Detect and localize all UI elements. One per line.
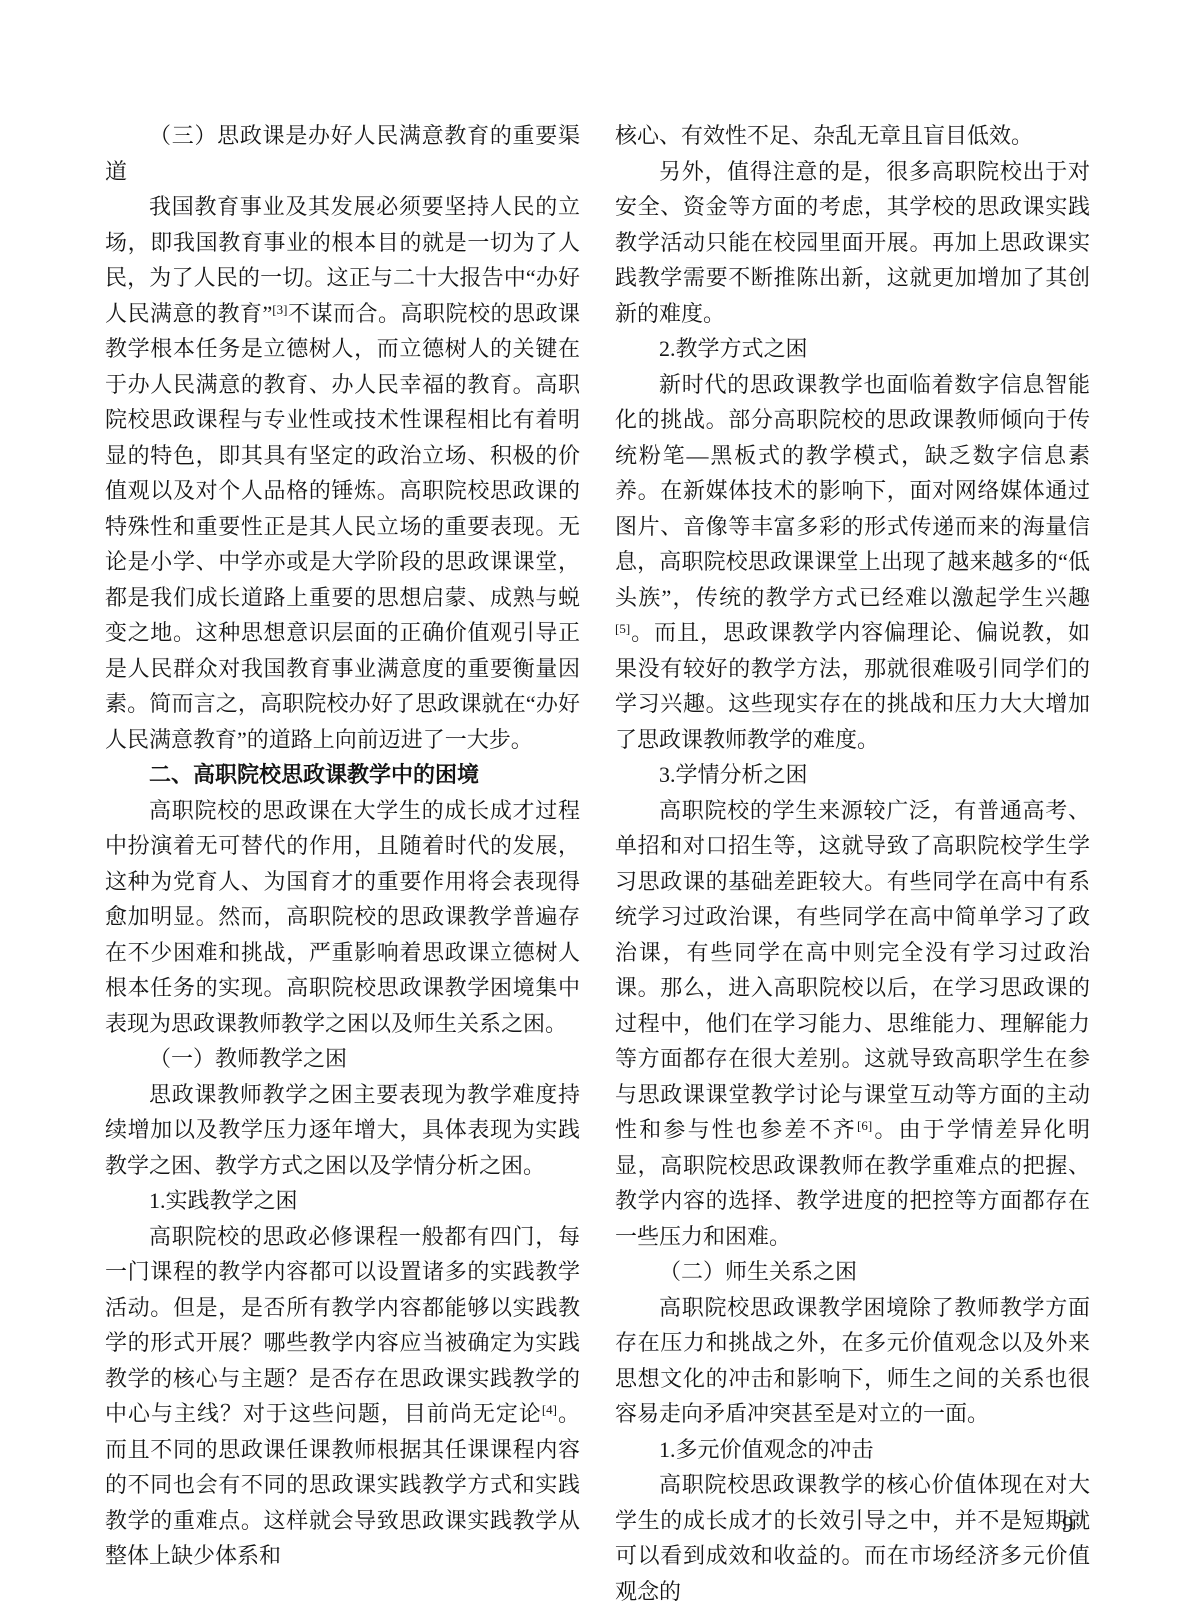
citation-ref: [6] [857,1118,872,1133]
paragraph: 高职院校的学生来源较广泛，有普通高考、单招和对口招生等，这就导致了高职院校学生学… [615,793,1090,1255]
text-run: 高职院校思政课教学的核心价值体现在对大学生的成长成才的长效引导之中，并不是短期就… [615,1472,1090,1604]
page-number: 9 [1062,1510,1074,1540]
paragraph: 高职院校思政课教学的核心价值体现在对大学生的成长成才的长效引导之中，并不是短期就… [615,1467,1090,1609]
text-run: 。而且，思政课教学内容偏理论、偏说教，如果没有较好的教学方法，那就很难吸引同学们… [615,620,1090,752]
citation-ref: [3] [272,302,287,317]
paper-page: （三）思政课是办好人民满意教育的重要渠道我国教育事业及其发展必须要坚持人民的立场… [0,0,1191,1616]
text-run: 核心、有效性不足、杂乱无章且盲目低效。 [615,123,1033,148]
text-run: 3.学情分析之困 [659,762,808,787]
paragraph: 另外，值得注意的是，很多高职院校出于对安全、资金等方面的考虑，其学校的思政课实践… [615,154,1090,332]
text-run: 思政课教师教学之困主要表现为教学难度持续增加以及教学压力逐年增大，具体表现为实践… [105,1082,580,1178]
heading-sub: （二）师生关系之困 [615,1254,1090,1290]
text-run: 。而且不同的思政课任课教师根据其任课课程内容的不同也会有不同的思政课实践教学方式… [105,1401,580,1568]
two-column-text: （三）思政课是办好人民满意教育的重要渠道我国教育事业及其发展必须要坚持人民的立场… [105,118,1090,1609]
text-run: 新时代的思政课教学也面临着数字信息智能化的挑战。部分高职院校的思政课教师倾向于传… [615,372,1090,610]
paragraph: 高职院校的思政必修课程一般都有四门，每一门课程的教学内容都可以设置诸多的实践教学… [105,1219,580,1574]
text-run: （二）师生关系之困 [659,1259,857,1284]
text-run: 1.实践教学之困 [149,1188,298,1213]
citation-ref: [5] [615,621,630,636]
heading-section: 二、高职院校思政课教学中的困境 [105,757,580,793]
text-run: 不谋而合。高职院校的思政课教学根本任务是立德树人，而立德树人的关键在于办人民满意… [105,301,580,752]
heading-sub: 1.实践教学之困 [105,1183,580,1219]
text-run: （一）教师教学之困 [149,1046,347,1071]
text-run: 高职院校的思政课在大学生的成长成才过程中扮演着无可替代的作用，且随着时代的发展，… [105,798,580,1036]
heading-sub: 3.学情分析之困 [615,757,1090,793]
heading-sub: （三）思政课是办好人民满意教育的重要渠道 [105,118,580,189]
text-run: 另外，值得注意的是，很多高职院校出于对安全、资金等方面的考虑，其学校的思政课实践… [615,159,1090,326]
paragraph: 我国教育事业及其发展必须要坚持人民的立场，即我国教育事业的根本目的就是一切为了人… [105,189,580,757]
text-run: （三）思政课是办好人民满意教育的重要渠道 [105,123,580,184]
column-left: （三）思政课是办好人民满意教育的重要渠道我国教育事业及其发展必须要坚持人民的立场… [105,118,580,1609]
text-run: 2.教学方式之困 [659,336,808,361]
text-run: 高职院校的学生来源较广泛，有普通高考、单招和对口招生等，这就导致了高职院校学生学… [615,798,1090,1143]
text-run: 高职院校思政课教学困境除了教师教学方面存在压力和挑战之外，在多元价值观念以及外来… [615,1295,1090,1427]
heading-sub: 2.教学方式之困 [615,331,1090,367]
paragraph-continuation: 核心、有效性不足、杂乱无章且盲目低效。 [615,118,1090,154]
text-run: 1.多元价值观念的冲击 [659,1437,874,1462]
heading-sub: 1.多元价值观念的冲击 [615,1432,1090,1468]
paragraph: 思政课教师教学之困主要表现为教学难度持续增加以及教学压力逐年增大，具体表现为实践… [105,1077,580,1184]
citation-ref: [4] [542,1402,557,1417]
text-run: 高职院校的思政必修课程一般都有四门，每一门课程的教学内容都可以设置诸多的实践教学… [105,1224,580,1427]
column-right: 核心、有效性不足、杂乱无章且盲目低效。另外，值得注意的是，很多高职院校出于对安全… [615,118,1090,1609]
paragraph: 高职院校思政课教学困境除了教师教学方面存在压力和挑战之外，在多元价值观念以及外来… [615,1290,1090,1432]
paragraph: 新时代的思政课教学也面临着数字信息智能化的挑战。部分高职院校的思政课教师倾向于传… [615,367,1090,758]
text-run: 二、高职院校思政课教学中的困境 [149,762,479,787]
heading-sub: （一）教师教学之困 [105,1041,580,1077]
paragraph: 高职院校的思政课在大学生的成长成才过程中扮演着无可替代的作用，且随着时代的发展，… [105,793,580,1042]
